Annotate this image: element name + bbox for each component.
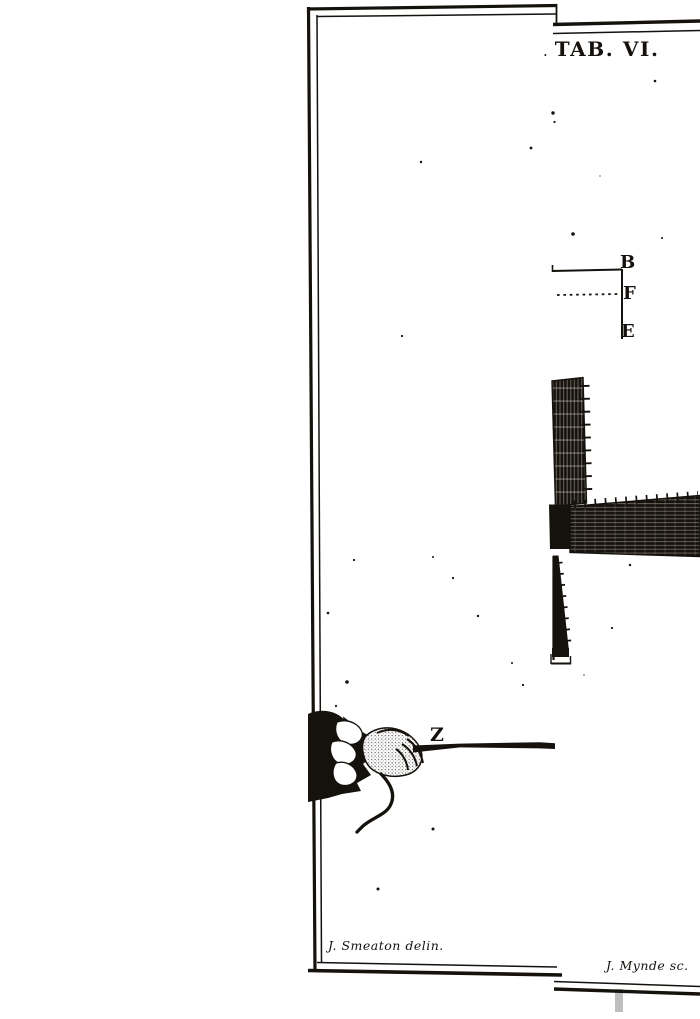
windmill-hub: [549, 505, 571, 550]
windmill-sail-lower: [551, 556, 571, 665]
label-e: E: [621, 323, 635, 341]
hand: [363, 728, 422, 776]
windmill-sail-vertical: [552, 378, 588, 507]
signature-engraver: J. Mynde sc.: [606, 960, 689, 973]
plate-border: [307, 4, 562, 975]
heading-prefix-dot: .: [543, 44, 548, 59]
engraving-artwork: [0, 0, 700, 1019]
signature-delineator: J. Smeaton delin.: [328, 940, 444, 953]
label-b: B: [620, 254, 635, 272]
windmill-sail-right: [570, 495, 700, 557]
reference-bracket: [552, 265, 622, 339]
label-z: Z: [430, 726, 444, 745]
label-f: F: [623, 285, 636, 303]
plate-heading: . TAB. VI.: [543, 39, 660, 59]
scanned-plate-page: . TAB. VI. B F E Z J. Smeaton delin. J. …: [0, 0, 700, 1019]
hanging-cord: [357, 774, 393, 832]
plate-title: TAB. VI.: [555, 39, 660, 59]
